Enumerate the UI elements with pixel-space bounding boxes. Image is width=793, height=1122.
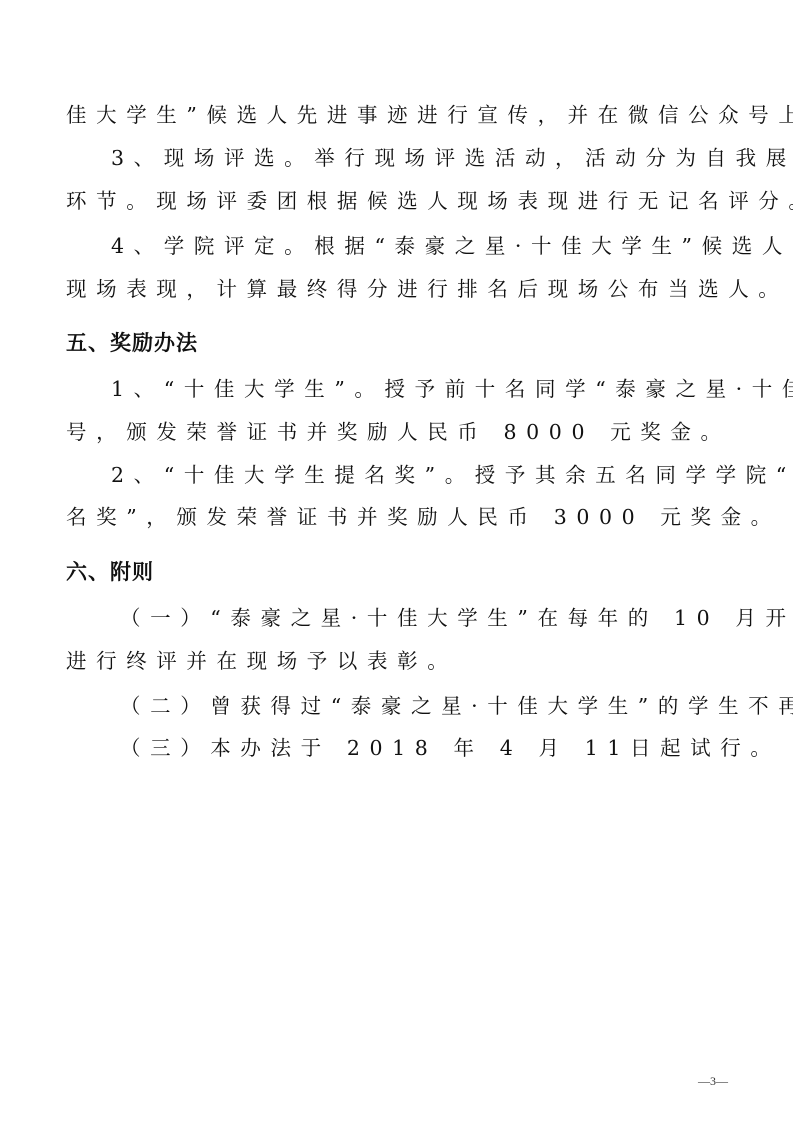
- paragraph-line: 号，颁发荣誉证书并奖励人民币 8000 元奖金。: [66, 420, 731, 444]
- paragraph-line: （三）本办法于 2018 年 4 月 11日起试行。: [120, 736, 780, 760]
- paragraph-line: 2、“十佳大学生提名奖”。授予其余五名同学学院“十佳大学生提: [111, 463, 793, 487]
- paragraph-line: 佳大学生”候选人先进事迹进行宣传，并在微信公众号上进行网络投票。: [66, 103, 793, 127]
- paragraph-line: 1、“十佳大学生”。授予前十名同学“泰豪之星·十佳大学生”称: [111, 377, 793, 401]
- paragraph-line: 名奖”，颁发荣誉证书并奖励人民币 3000 元奖金。: [66, 505, 781, 529]
- paragraph-line: 3、现场评选。举行现场评选活动，活动分为自我展示和现场答辩: [111, 146, 793, 170]
- document-page: 佳大学生”候选人先进事迹进行宣传，并在微信公众号上进行网络投票。 3、现场评选。…: [0, 0, 793, 1122]
- paragraph-line: 4、学院评定。根据“泰豪之星·十佳大学生”候选人网络投票和: [111, 234, 793, 258]
- paragraph-line: 进行终评并在现场予以表彰。: [66, 649, 457, 673]
- page-number: —3—: [698, 1074, 728, 1089]
- section-heading-rewards: 五、奖励办法: [66, 331, 198, 355]
- paragraph-line: 环节。现场评委团根据候选人现场表现进行无记名评分。: [66, 189, 793, 213]
- paragraph-line: （二）曾获得过“泰豪之星·十佳大学生”的学生不再重复参评。: [120, 694, 793, 718]
- paragraph-line: （一）“泰豪之星·十佳大学生”在每年的 10 月开始评选，12 月份: [120, 606, 793, 630]
- paragraph-line: 现场表现，计算最终得分进行排名后现场公布当选人。: [66, 277, 788, 301]
- section-heading-appendix: 六、附则: [66, 560, 154, 584]
